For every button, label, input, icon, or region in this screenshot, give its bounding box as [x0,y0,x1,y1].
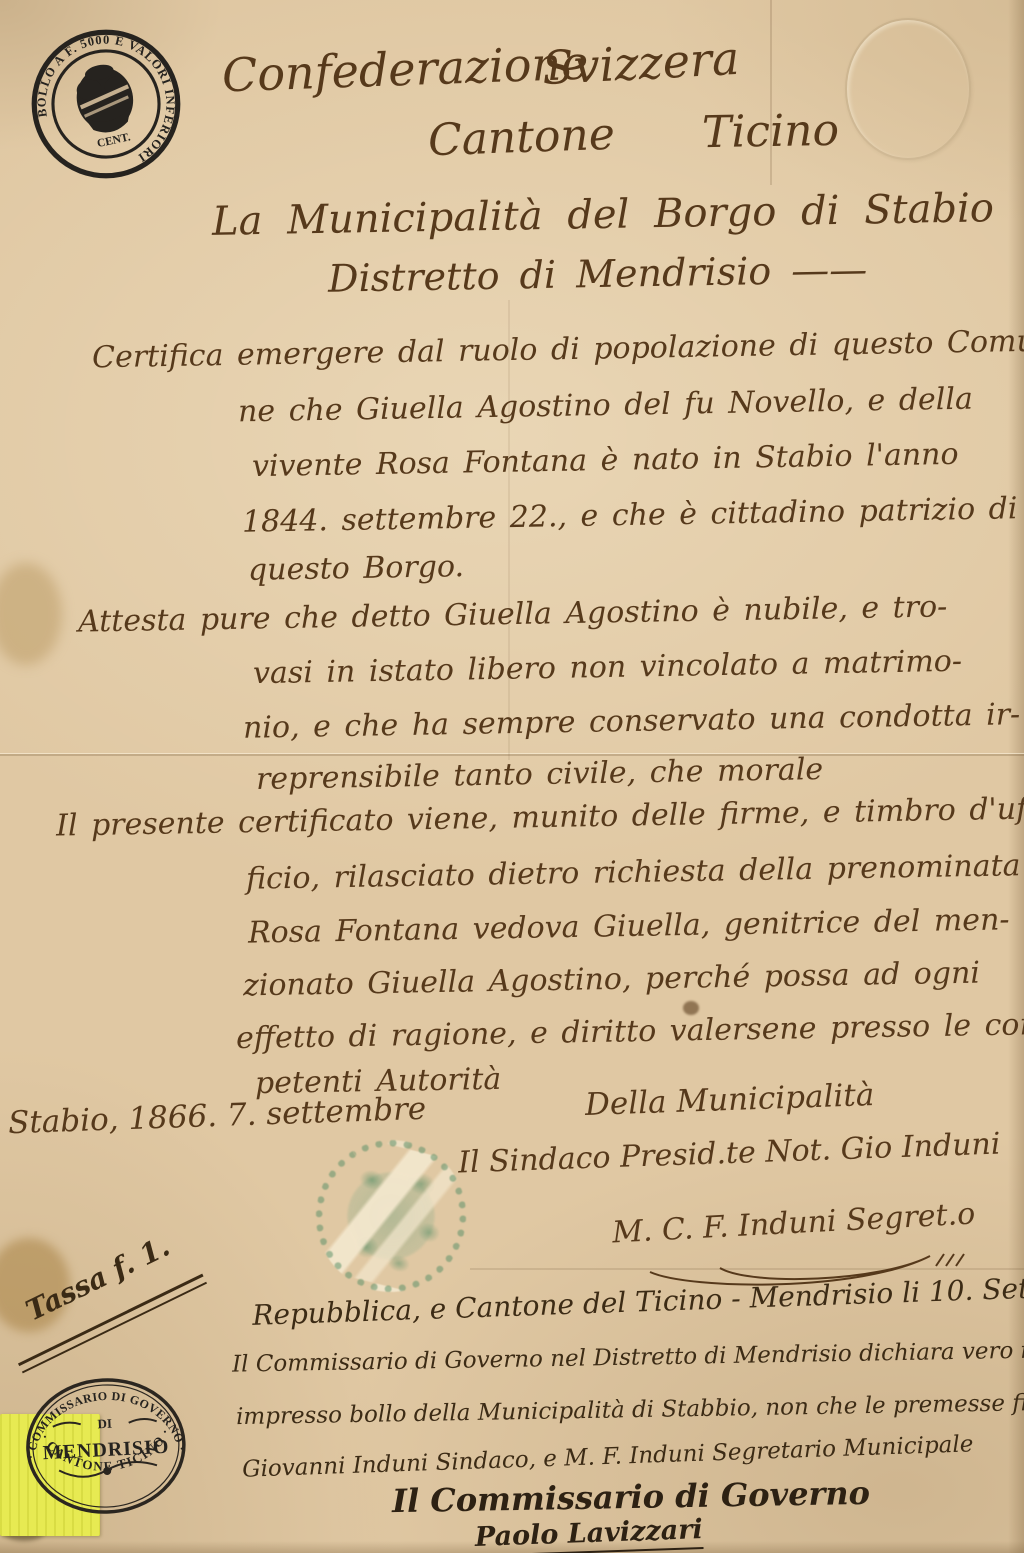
horizontal-fold-crease [0,753,1024,756]
government-text-line: impresso bollo della Municipalità di Sta… [236,1388,1024,1430]
municipal-green-seal [300,1124,482,1308]
header-confederation-word2: Svizzera [541,31,741,95]
certificate-text-line: ne che Giuella Agostino del fu Novello, … [238,382,973,430]
header-canton-word1: Cantone [427,109,615,166]
government-oval-stamp: · COMMISSARIO DI GOVERNO · DI MENDRISIO … [12,1367,200,1528]
header-canton-word2: Ticino [702,105,840,158]
tassa-fee-note: Tassa f. 1. [21,1230,175,1328]
certificate-text-line: Certifica emergere dal ruolo di popolazi… [92,324,1024,376]
revenue-bollo-stamp: BOLLO A F. 5000 E VALORI INFERIORI CENT. [13,10,199,199]
certificate-text-line: 1844. settembre 22., e che è cittadino p… [242,491,1018,540]
district-title-line: Distretto di Mendrisio —— [328,247,868,300]
municipality-signoff-label: Della Municipalità [584,1077,874,1123]
certificate-text-line: effetto di ragione, e diritto valersene … [236,1007,1024,1056]
paper-edge-shade-right [1008,0,1024,1553]
certificate-text-line: vasi in istato libero non vincolato a ma… [253,644,962,691]
header-confederation-word1: Confederazione [221,36,589,103]
mayor-signature: Il Sindaco Presid.te Not. Gio Induni [458,1127,1001,1181]
place-date-line: Stabio, 1866. 7. settembre [7,1091,426,1142]
certificate-text-line: questo Borgo. [248,549,465,588]
paper-stain [0,563,62,665]
municipality-title-line: La Municipalità del Borgo di Stabio [212,185,995,245]
certificate-text-line: Attesta pure che detto Giuella Agostino … [78,589,948,639]
commissioner-title-line: Il Commissario di Governo [392,1474,871,1520]
certificate-text-line: Il presente certificato viene, munito de… [56,791,1024,843]
vertical-fold-crease-top [770,0,772,185]
certificate-text-line: zionato Giuella Agostino, perché possa a… [243,956,980,1004]
certificate-text-line: ficio, rilasciato dietro richiesta della… [246,848,1021,897]
government-text-line: Il Commissario di Governo nel Distretto … [232,1336,1024,1377]
embossed-blind-seal [845,18,971,160]
certificate-text-line: Rosa Fontana vedova Giuella, genitrice d… [248,902,1010,950]
document-scan: BOLLO A F. 5000 E VALORI INFERIORI CENT.… [0,0,1024,1553]
revenue-stamp-coat-of-arms [70,60,139,138]
government-stamp-di: DI [97,1416,112,1432]
certificate-text-line: reprensibile tanto civile, che morale [256,752,824,797]
revenue-stamp-center-text: CENT. [96,131,132,150]
certificate-text-line: vivente Rosa Fontana è nato in Stabio l'… [252,437,959,484]
certificate-text-line: nio, e che ha sempre conservato una cond… [243,697,1021,746]
commissioner-signature: Paolo Lavizzari [474,1514,703,1553]
